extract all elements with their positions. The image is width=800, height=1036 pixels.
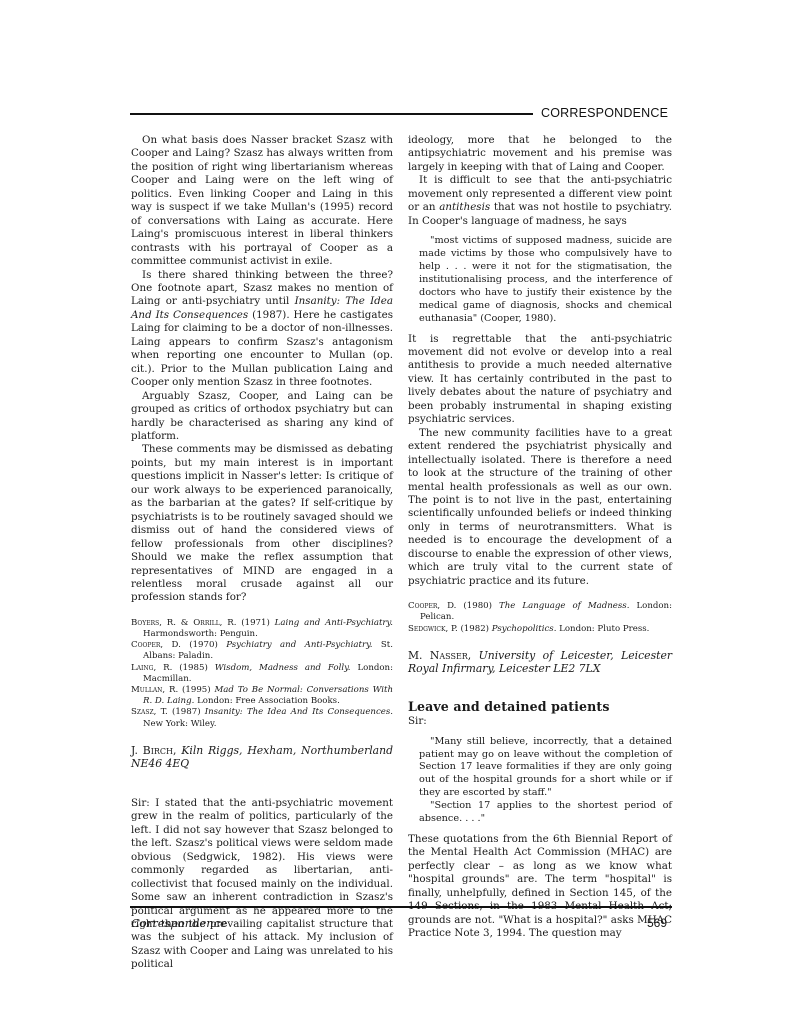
body-paragraph: On what basis does Nasser bracket Szasz …: [131, 134, 393, 269]
body-paragraph: The new community facilities have to a g…: [408, 427, 672, 588]
body-paragraph: These comments may be dismissed as debat…: [131, 443, 393, 604]
body-paragraph: Arguably Szasz, Cooper, and Laing can be…: [131, 390, 393, 444]
reference-item: Sedgwick, P. (1982) Psychopolitics. Lond…: [408, 624, 672, 635]
section-title: Leave and detained patients: [408, 700, 672, 713]
body-paragraph: Is there shared thinking between the thr…: [131, 269, 393, 390]
salutation: Sir:: [408, 715, 672, 728]
body-paragraph: These quotations from the 6th Biennial R…: [408, 833, 672, 941]
references-list: Cooper, D. (1980) The Language of Madnes…: [408, 601, 672, 635]
page-number: 569: [647, 916, 667, 930]
left-column: On what basis does Nasser bracket Szasz …: [131, 134, 393, 972]
reference-item: Laing, R. (1985) Wisdom, Madness and Fol…: [131, 663, 393, 685]
header-rule: [130, 113, 533, 115]
reference-item: Boyers, R. & Orrill, R. (1971) Laing and…: [131, 618, 393, 640]
body-paragraph: ideology, more that he belonged to the a…: [408, 134, 672, 174]
block-quote: "most victims of supposed madness, suici…: [419, 235, 672, 325]
footer-section-name: Correspondence: [131, 916, 227, 930]
reference-item: Szasz, T. (1987) Insanity: The Idea And …: [131, 707, 393, 729]
running-head: CORRESPONDENCE: [541, 106, 668, 120]
signature-birch: J. Birch, Kiln Riggs, Hexham, Northumber…: [131, 744, 393, 771]
reference-item: Cooper, D. (1970) Psychiatry and Anti-Ps…: [131, 640, 393, 662]
body-paragraph: It is regrettable that the anti-psychiat…: [408, 333, 672, 427]
footer-rule: [130, 906, 672, 908]
reply-paragraph: Sir: I stated that the anti-psychiatric …: [131, 797, 393, 972]
references-list: Boyers, R. & Orrill, R. (1971) Laing and…: [131, 618, 393, 730]
reference-item: Mullan, R. (1995) Mad To Be Normal: Conv…: [131, 685, 393, 707]
body-paragraph: It is difficult to see that the anti-psy…: [408, 174, 672, 228]
block-quote: "Many still believe, incorrectly, that a…: [419, 736, 672, 826]
signature-nasser: M. Nasser, University of Leicester, Leic…: [408, 649, 672, 676]
right-column: ideology, more that he belonged to the a…: [408, 134, 672, 941]
reference-item: Cooper, D. (1980) The Language of Madnes…: [408, 601, 672, 623]
